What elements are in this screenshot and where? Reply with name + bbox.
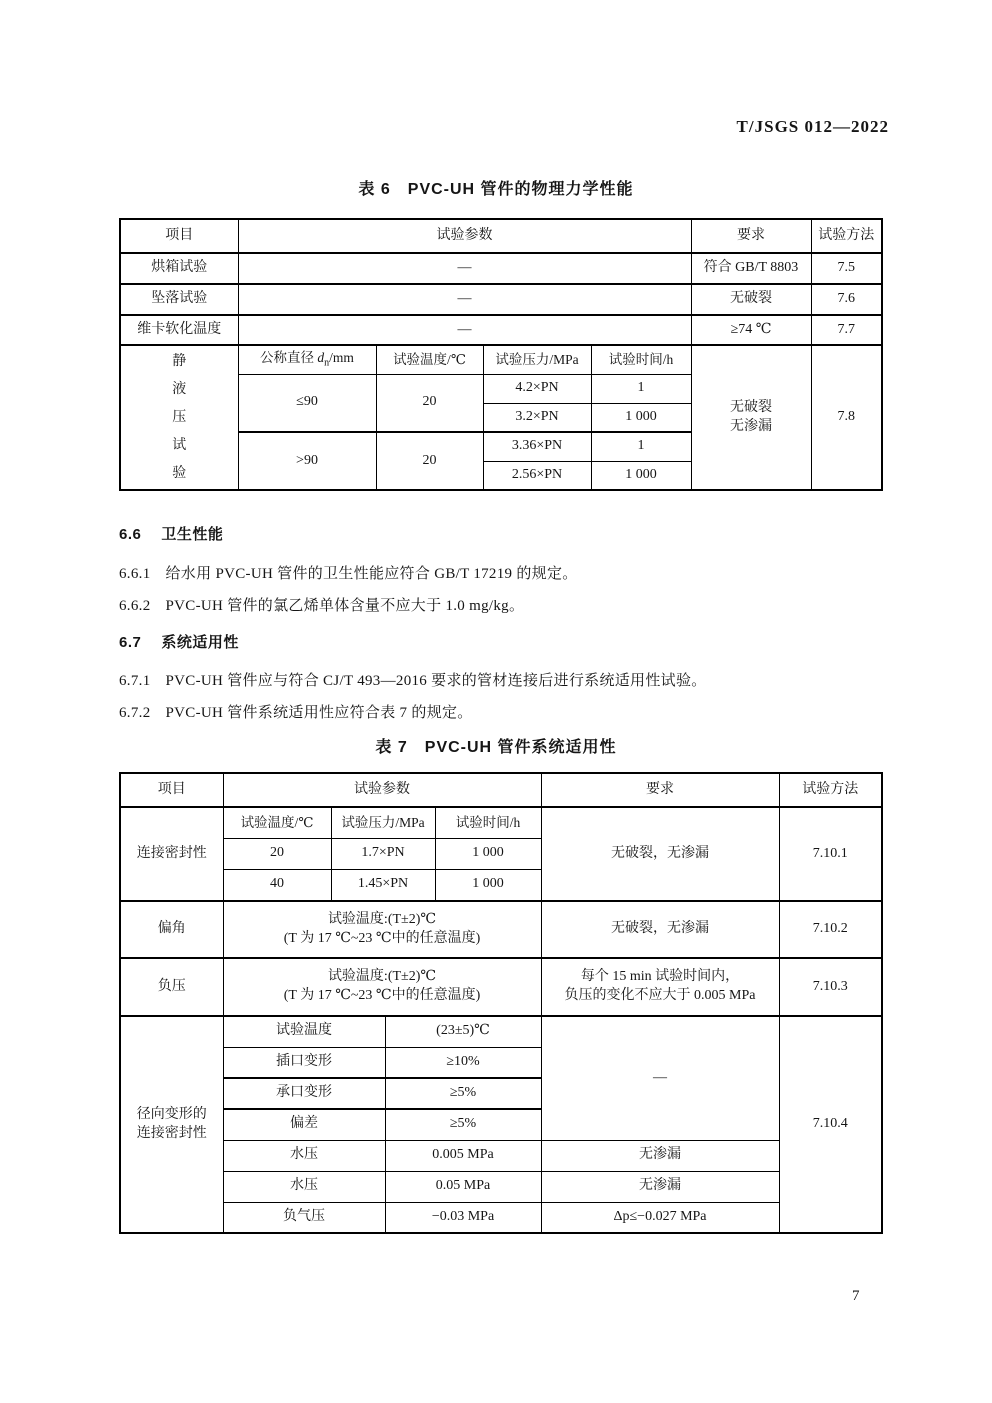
cell-radial-label-5: 水压 xyxy=(223,1140,385,1171)
cell-oven-req: 符合 GB/T 8803 xyxy=(691,253,811,284)
cell-seal-pressure-header: 试验压力/MPa xyxy=(331,807,435,838)
cell-oven-item: 烘箱试验 xyxy=(120,253,238,284)
document-page: T/JSGS 012—2022 表 6 PVC-UH 管件的物理力学性能 项目 … xyxy=(0,0,992,1403)
cell-drop-item: 坠落试验 xyxy=(120,284,238,315)
cell-vicat-method: 7.7 xyxy=(811,315,882,345)
clause-text: PVC-UH 管件的氯乙烯单体含量不应大于 1.0 mg/kg。 xyxy=(166,598,525,614)
cell-angle-req: 无破裂，无渗漏 xyxy=(541,901,779,958)
cell-hydro-d90greater: >90 xyxy=(238,432,376,490)
cell-seal-req: 无破裂，无渗漏 xyxy=(541,807,779,901)
cell-seal-item: 连接密封性 xyxy=(120,807,223,901)
clause-6-7-1: 6.7.1PVC-UH 管件应与符合 CJ/T 493—2016 要求的管材连接… xyxy=(119,669,707,690)
cell-vacuum-req: 每个 15 min 试验时间内， 负压的变化不应大于 0.005 MPa xyxy=(541,958,779,1016)
cell-seal-time-2: 1 000 xyxy=(435,869,541,901)
vacuum-req-line1: 每个 15 min 试验时间内， xyxy=(544,968,777,987)
hydro-item-char: 试 xyxy=(123,432,236,460)
vacuum-req-line2: 负压的变化不应大于 0.005 MPa xyxy=(544,987,777,1006)
table6-hydro-subheader-row: 静 液 压 试 验 公称直径 dn/mm 试验温度/℃ 试验压力/MPa 试验时… xyxy=(120,345,882,374)
cell-vicat-item: 维卡软化温度 xyxy=(120,315,238,345)
table6-row-drop: 坠落试验 — 无破裂 7.6 xyxy=(120,284,882,315)
clause-text: PVC-UH 管件应与符合 CJ/T 493—2016 要求的管材连接后进行系统… xyxy=(166,673,707,689)
table7-col-item: 项目 xyxy=(120,773,223,807)
cell-hydro-d90less: ≤90 xyxy=(238,374,376,432)
table7-col-req: 要求 xyxy=(541,773,779,807)
cell-radial-value-2: ≥10% xyxy=(385,1047,541,1078)
cell-radial-req-7: Δp≤−0.027 MPa xyxy=(541,1202,779,1233)
table7-radial-row5: 水压 0.005 MPa 无渗漏 xyxy=(120,1140,882,1171)
cell-drop-param: — xyxy=(238,284,691,315)
cell-vacuum-param: 试验温度:(T±2)℃ (T 为 17 ℃~23 ℃中的任意温度) xyxy=(223,958,541,1016)
table6-row-oven: 烘箱试验 — 符合 GB/T 8803 7.5 xyxy=(120,253,882,284)
cell-hydro-diameter-header: 公称直径 dn/mm xyxy=(238,345,376,374)
page-number: 7 xyxy=(852,1288,860,1305)
cell-hydro-time-4: 1 000 xyxy=(591,461,691,490)
cell-hydro-pressure-1: 4.2×PN xyxy=(483,374,591,403)
table7-vacuum-row: 负压 试验温度:(T±2)℃ (T 为 17 ℃~23 ℃中的任意温度) 每个 … xyxy=(120,958,882,1016)
cell-hydro-time-header: 试验时间/h xyxy=(591,345,691,374)
standard-number: T/JSGS 012—2022 xyxy=(737,117,889,137)
cell-radial-label-4: 偏差 xyxy=(223,1109,385,1140)
clause-6-6-2: 6.6.2PVC-UH 管件的氯乙烯单体含量不应大于 1.0 mg/kg。 xyxy=(119,594,524,615)
clause-6-7-2: 6.7.2PVC-UH 管件系统适用性应符合表 7 的规定。 xyxy=(119,701,473,722)
cell-vacuum-method: 7.10.3 xyxy=(779,958,882,1016)
cell-radial-label-1: 试验温度 xyxy=(223,1016,385,1047)
section-6-6-heading: 6.6卫生性能 xyxy=(119,523,223,544)
cell-angle-param: 试验温度:(T±2)℃ (T 为 17 ℃~23 ℃中的任意温度) xyxy=(223,901,541,958)
cell-hydro-temp-header: 试验温度/℃ xyxy=(376,345,483,374)
cell-hydro-pressure-4: 2.56×PN xyxy=(483,461,591,490)
radial-item-line2: 连接密封性 xyxy=(123,1125,221,1144)
cell-drop-method: 7.6 xyxy=(811,284,882,315)
table7-radial-row7: 负气压 −0.03 MPa Δp≤−0.027 MPa xyxy=(120,1202,882,1233)
angle-param-line2: (T 为 17 ℃~23 ℃中的任意温度) xyxy=(226,930,539,949)
cell-seal-time-1: 1 000 xyxy=(435,838,541,869)
table7-col-method: 试验方法 xyxy=(779,773,882,807)
table7-caption: 表 7 PVC-UH 管件系统适用性 xyxy=(0,734,992,757)
cell-radial-value-3: ≥5% xyxy=(385,1078,541,1109)
hydro-item-char: 静 xyxy=(123,348,236,376)
clause-number: 6.7.1 xyxy=(119,673,151,689)
cell-vicat-param: — xyxy=(238,315,691,345)
cell-radial-value-6: 0.05 MPa xyxy=(385,1171,541,1202)
cell-radial-label-7: 负气压 xyxy=(223,1202,385,1233)
cell-radial-label-2: 插口变形 xyxy=(223,1047,385,1078)
hydro-item-char: 液 xyxy=(123,376,236,404)
cell-drop-req: 无破裂 xyxy=(691,284,811,315)
table7-radial-row6: 水压 0.05 MPa 无渗漏 xyxy=(120,1171,882,1202)
table6-col-req: 要求 xyxy=(691,219,811,253)
cell-hydro-time-2: 1 000 xyxy=(591,403,691,432)
table7-seal-subheader-row: 连接密封性 试验温度/℃ 试验压力/MPa 试验时间/h 无破裂，无渗漏 7.1… xyxy=(120,807,882,838)
cell-radial-method: 7.10.4 xyxy=(779,1016,882,1233)
table6-row-vicat: 维卡软化温度 — ≥74 ℃ 7.7 xyxy=(120,315,882,345)
table7-angle-row: 偏角 试验温度:(T±2)℃ (T 为 17 ℃~23 ℃中的任意温度) 无破裂… xyxy=(120,901,882,958)
clause-number: 6.6.1 xyxy=(119,566,151,582)
table7-header-row: 项目 试验参数 要求 试验方法 xyxy=(120,773,882,807)
cell-angle-item: 偏角 xyxy=(120,901,223,958)
clause-text: 给水用 PVC-UH 管件的卫生性能应符合 GB/T 17219 的规定。 xyxy=(166,566,578,582)
cell-vicat-req: ≥74 ℃ xyxy=(691,315,811,345)
table6-col-params: 试验参数 xyxy=(238,219,691,253)
table7: 项目 试验参数 要求 试验方法 连接密封性 试验温度/℃ 试验压力/MPa 试验… xyxy=(119,772,883,1234)
hydro-item-char: 验 xyxy=(123,460,236,488)
cell-radial-value-1: (23±5)℃ xyxy=(385,1016,541,1047)
section-title: 系统适用性 xyxy=(161,634,239,651)
diameter-header-prefix: 公称直径 xyxy=(260,350,317,365)
angle-param-line1: 试验温度:(T±2)℃ xyxy=(226,911,539,930)
cell-seal-time-header: 试验时间/h xyxy=(435,807,541,838)
cell-radial-label-3: 承口变形 xyxy=(223,1078,385,1109)
cell-seal-temp-header: 试验温度/℃ xyxy=(223,807,331,838)
cell-hydro-item: 静 液 压 试 验 xyxy=(120,345,238,490)
cell-radial-item: 径向变形的 连接密封性 xyxy=(120,1016,223,1233)
section-number: 6.6 xyxy=(119,526,141,543)
cell-hydro-method: 7.8 xyxy=(811,345,882,490)
cell-hydro-pressure-header: 试验压力/MPa xyxy=(483,345,591,374)
cell-oven-method: 7.5 xyxy=(811,253,882,284)
section-number: 6.7 xyxy=(119,634,141,651)
cell-radial-merged-req: — xyxy=(541,1016,779,1140)
diameter-header-suffix: /mm xyxy=(329,350,354,365)
table6-col-method: 试验方法 xyxy=(811,219,882,253)
cell-oven-param: — xyxy=(238,253,691,284)
vacuum-param-line2: (T 为 17 ℃~23 ℃中的任意温度) xyxy=(226,987,539,1006)
table6: 项目 试验参数 要求 试验方法 烘箱试验 — 符合 GB/T 8803 7.5 … xyxy=(119,218,883,491)
hydro-req-line2: 无渗漏 xyxy=(694,418,809,437)
section-6-7-heading: 6.7系统适用性 xyxy=(119,631,239,652)
cell-radial-req-5: 无渗漏 xyxy=(541,1140,779,1171)
cell-hydro-req: 无破裂 无渗漏 xyxy=(691,345,811,490)
cell-seal-temp-1: 20 xyxy=(223,838,331,869)
cell-seal-pressure-1: 1.7×PN xyxy=(331,838,435,869)
cell-vacuum-item: 负压 xyxy=(120,958,223,1016)
cell-seal-pressure-2: 1.45×PN xyxy=(331,869,435,901)
hydro-item-char: 压 xyxy=(123,404,236,432)
clause-number: 6.6.2 xyxy=(119,598,151,614)
cell-radial-value-7: −0.03 MPa xyxy=(385,1202,541,1233)
section-title: 卫生性能 xyxy=(161,526,223,543)
cell-seal-method: 7.10.1 xyxy=(779,807,882,901)
clause-number: 6.7.2 xyxy=(119,705,151,721)
cell-radial-req-6: 无渗漏 xyxy=(541,1171,779,1202)
radial-item-line1: 径向变形的 xyxy=(123,1106,221,1125)
clause-6-6-1: 6.6.1给水用 PVC-UH 管件的卫生性能应符合 GB/T 17219 的规… xyxy=(119,562,578,583)
table7-radial-row1: 径向变形的 连接密封性 试验温度 (23±5)℃ — 7.10.4 xyxy=(120,1016,882,1047)
table6-col-item: 项目 xyxy=(120,219,238,253)
vacuum-param-line1: 试验温度:(T±2)℃ xyxy=(226,968,539,987)
cell-seal-temp-2: 40 xyxy=(223,869,331,901)
cell-hydro-time-1: 1 xyxy=(591,374,691,403)
cell-hydro-pressure-2: 3.2×PN xyxy=(483,403,591,432)
table6-header-row: 项目 试验参数 要求 试验方法 xyxy=(120,219,882,253)
table6-caption: 表 6 PVC-UH 管件的物理力学性能 xyxy=(0,176,992,199)
cell-hydro-pressure-3: 3.36×PN xyxy=(483,432,591,461)
cell-hydro-temp2: 20 xyxy=(376,432,483,490)
cell-radial-label-6: 水压 xyxy=(223,1171,385,1202)
cell-angle-method: 7.10.2 xyxy=(779,901,882,958)
cell-hydro-time-3: 1 xyxy=(591,432,691,461)
table7-col-params: 试验参数 xyxy=(223,773,541,807)
cell-radial-value-5: 0.005 MPa xyxy=(385,1140,541,1171)
cell-radial-value-4: ≥5% xyxy=(385,1109,541,1140)
hydro-req-line1: 无破裂 xyxy=(694,399,809,418)
clause-text: PVC-UH 管件系统适用性应符合表 7 的规定。 xyxy=(166,705,473,721)
cell-hydro-temp1: 20 xyxy=(376,374,483,432)
